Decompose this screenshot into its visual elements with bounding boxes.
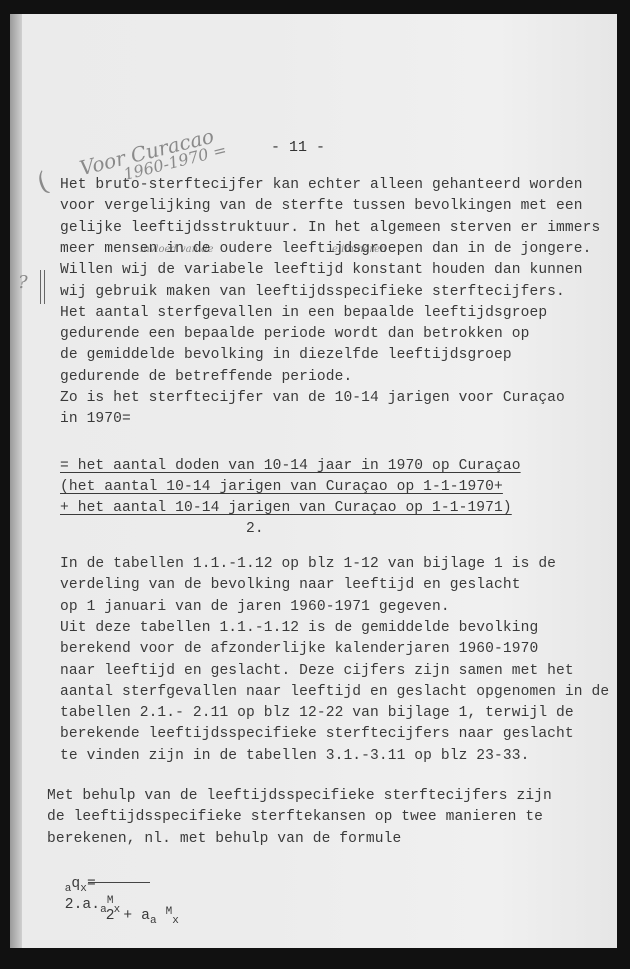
text-line: de leeftijdsspecifieke sterftekansen op … bbox=[47, 809, 543, 825]
text-line: aantal sterfgevallen naar leeftijd en ge… bbox=[60, 684, 609, 700]
text-line: berekenen, nl. met behulp van de formule bbox=[47, 831, 401, 847]
text-line: Het bruto-sterftecijfer kan echter allee… bbox=[60, 177, 583, 193]
text-line: op 1 januari van de jaren 1960-1971 gege… bbox=[60, 599, 450, 615]
text-line: berekende leeftijdsspecifieke sterftecij… bbox=[60, 726, 574, 742]
fraction-bar bbox=[88, 882, 150, 883]
margin-question-mark: ? bbox=[18, 272, 28, 293]
text-line: berekend voor de afzonderlijke kalenderj… bbox=[60, 641, 538, 657]
text-line: gelijke leeftijdsstruktuur. In het algem… bbox=[60, 220, 600, 236]
text-line: te vinden zijn in de tabellen 3.1.-3.11 … bbox=[60, 748, 529, 764]
text-line: tabellen 2.1.- 2.11 op blz 12-22 van bij… bbox=[60, 705, 574, 721]
text-line: + het aantal 10-14 jarigen van Curaçao o… bbox=[60, 500, 512, 516]
formula-denominator-row: 2 + aa Mx bbox=[88, 890, 179, 927]
text-line: 2. bbox=[246, 521, 264, 537]
text-line: = het aantal doden van 10-14 jaar in 197… bbox=[60, 458, 521, 474]
text-line: verdeling van de bevolking naar leeftijd… bbox=[60, 577, 521, 593]
text-line: Met behulp van de leeftijdsspecifieke st… bbox=[47, 788, 552, 804]
text-line: in 1970= bbox=[60, 411, 131, 427]
text-line: voor vergelijking van de sterfte tussen … bbox=[60, 198, 583, 214]
text-line: Willen wij de variabele leeftijd konstan… bbox=[60, 262, 583, 278]
margin-bar-mark bbox=[40, 270, 45, 304]
text-line: Zo is het sterftecijfer van de 10-14 jar… bbox=[60, 390, 565, 406]
text-line: Het aantal sterfgevallen in een bepaalde… bbox=[60, 305, 547, 321]
text-line: wij gebruik maken van leeftijdsspecifiek… bbox=[60, 284, 565, 300]
text-line: gedurende een bepaalde periode wordt dan… bbox=[60, 326, 529, 342]
text-line: gedurende de betreffende periode. bbox=[60, 369, 352, 385]
text-line: Uit deze tabellen 1.1.-1.12 is de gemidd… bbox=[60, 620, 538, 636]
text-line: naar leeftijd en geslacht. Deze cijfers … bbox=[60, 663, 574, 679]
text-line: meer mensen in de oudere leeftijdsgroepe… bbox=[60, 241, 591, 257]
text-line: de gemiddelde bevolking in diezelfde lee… bbox=[60, 347, 512, 363]
page-number: - 11 - bbox=[271, 139, 325, 156]
text-line: (het aantal 10-14 jarigen van Curaçao op… bbox=[60, 479, 503, 495]
text-line: In de tabellen 1.1.-1.12 op blz 1-12 van… bbox=[60, 556, 556, 572]
page-binding-edge bbox=[10, 14, 22, 948]
